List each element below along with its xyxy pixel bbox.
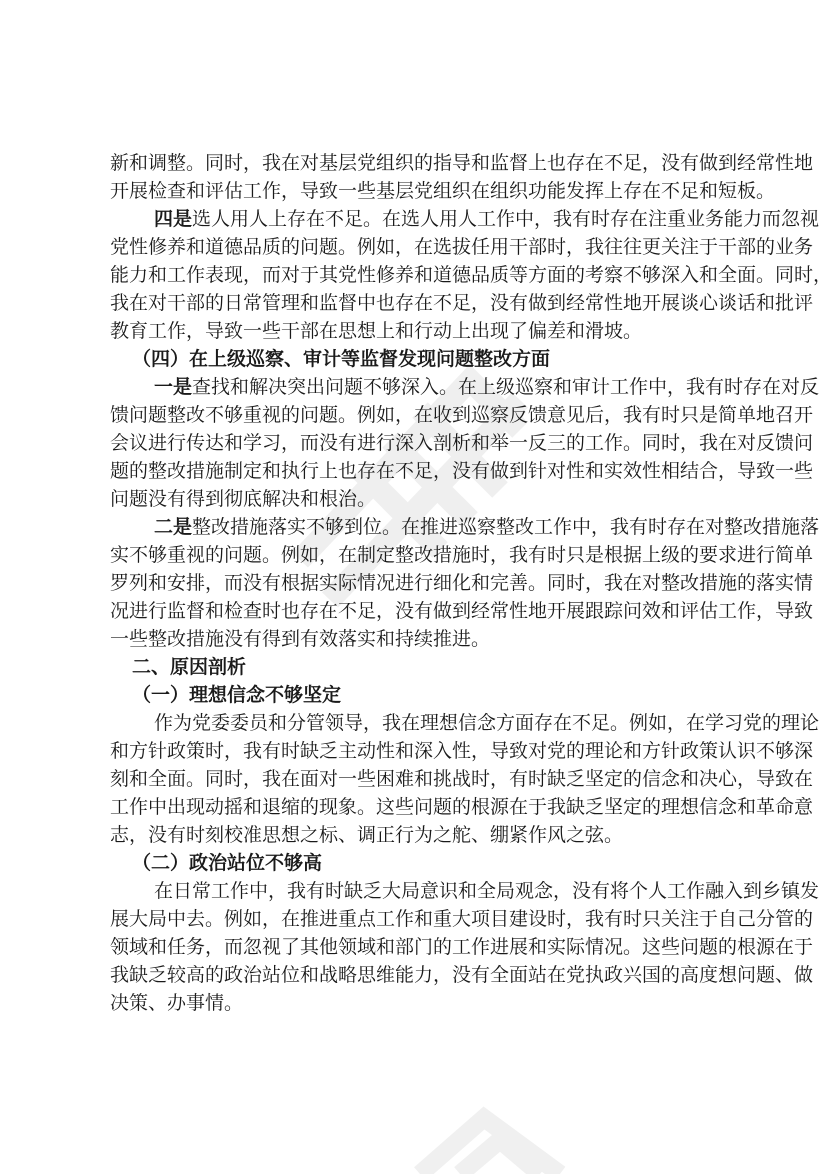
lead-label: 一是	[154, 376, 192, 398]
paragraph-start: 在日常工作中，我有时缺乏大局意识和全局观念，没有将个人工作融入到乡镇发	[110, 877, 728, 905]
section-heading: （四）在上级巡察、审计等监督发现问题整改方面	[110, 345, 728, 373]
lead-label: 二是	[154, 516, 192, 538]
text-line: 一些整改措施没有得到有效落实和持续推进。	[110, 625, 728, 653]
text-line: 况进行监督和检查时也存在不足，没有做到经常性地开展跟踪问效和评估工作，导致	[110, 597, 728, 625]
text-line: 展大局中去。例如，在推进重点工作和重大项目建设时，我有时只关注于自己分管的	[110, 905, 728, 933]
text-line: 实不够重视的问题。例如，在制定整改措施时，我有时只是根据上级的要求进行简单	[110, 541, 728, 569]
text-line: 馈问题整改不够重视的问题。例如，在收到巡察反馈意见后，我有时只是简单地召开	[110, 401, 728, 429]
text-line: 问题没有得到彻底解决和根治。	[110, 485, 728, 513]
text-line: 工作中出现动摇和退缩的现象。这些问题的根源在于我缺乏坚定的理想信念和革命意	[110, 793, 728, 821]
text-line: 决策、办事情。	[110, 989, 728, 1017]
text-line: 题的整改措施制定和执行上也存在不足，没有做到针对性和实效性相结合，导致一些	[110, 457, 728, 485]
paragraph-start: 一是查找和解决突出问题不够深入。在上级巡察和审计工作中，我有时存在对反	[110, 373, 728, 401]
text-line: 我在对干部的日常管理和监督中也存在不足，没有做到经常性地开展谈心谈话和批评	[110, 289, 728, 317]
section-heading: （一）理想信念不够坚定	[110, 681, 728, 709]
paragraph-start: 作为党委委员和分管领导，我在理想信念方面存在不足。例如，在学习党的理论	[110, 709, 728, 737]
text-span: 整改措施落实不够到位。在推进巡察整改工作中，我有时存在对整改措施落	[192, 516, 819, 538]
text-line: 领域和任务，而忽视了其他领域和部门的工作进展和实际情况。这些问题的根源在于	[110, 933, 728, 961]
text-span: 选人用人上存在不足。在选人用人工作中，我有时存在注重业务能力而忽视	[192, 208, 819, 230]
text-line: 会议进行传达和学习，而没有进行深入剖析和举一反三的工作。同时，我在对反馈问	[110, 429, 728, 457]
paragraph-start: 二是整改措施落实不够到位。在推进巡察整改工作中，我有时存在对整改措施落	[110, 513, 728, 541]
text-span: 查找和解决突出问题不够深入。在上级巡察和审计工作中，我有时存在对反	[192, 376, 819, 398]
text-line: 志，没有时刻校准思想之标、调正行为之舵、绷紧作风之弦。	[110, 821, 728, 849]
text-line: 能力和工作表现，而对于其党性修养和道德品质等方面的考察不够深入和全面。同时，	[110, 261, 728, 289]
text-line: 刻和全面。同时，我在面对一些困难和挑战时，有时缺乏坚定的信念和决心，导致在	[110, 765, 728, 793]
text-line: 和方针政策时，我有时缺乏主动性和深入性，导致对党的理论和方针政策认识不够深	[110, 737, 728, 765]
paragraph-start: 四是选人用人上存在不足。在选人用人工作中，我有时存在注重业务能力而忽视	[110, 205, 728, 233]
text-line: 我缺乏较高的政治站位和战略思维能力，没有全面站在党执政兴国的高度想问题、做	[110, 961, 728, 989]
text-line: 罗列和安排，而没有根据实际情况进行细化和完善。同时，我在对整改措施的落实情	[110, 569, 728, 597]
text-line: 开展检查和评估工作，导致一些基层党组织在组织功能发挥上存在不足和短板。	[110, 177, 728, 205]
section-heading: （二）政治站位不够高	[110, 849, 728, 877]
text-line: 党性修养和道德品质的问题。例如，在选拔任用干部时，我往往更关注于干部的业务	[110, 233, 728, 261]
document-page: 新和调整。同时，我在对基层党组织的指导和监督上也存在不足，没有做到经常性地 开展…	[110, 149, 728, 1017]
lead-label: 四是	[154, 208, 192, 230]
chapter-heading: 二、原因剖析	[110, 653, 728, 681]
text-line: 教育工作，导致一些干部在思想上和行动上出现了偏差和滑坡。	[110, 317, 728, 345]
text-line: 新和调整。同时，我在对基层党组织的指导和监督上也存在不足，没有做到经常性地	[110, 149, 728, 177]
